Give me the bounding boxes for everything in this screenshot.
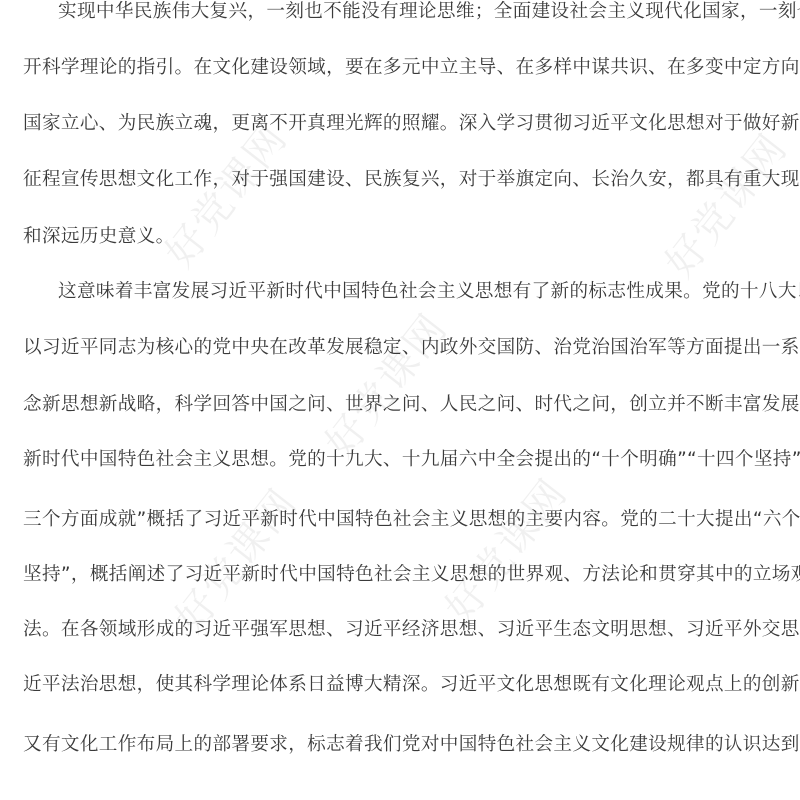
text-line: 又有文化工作布局上的部署要求，标志着我们党对中国特色社会主义文化建设规律的认识达… bbox=[23, 733, 783, 757]
text-line: 和深远历史意义。 bbox=[23, 225, 783, 249]
text-line: 念新思想新战略，科学回答中国之问、世界之问、人民之问、时代之问，创立并不断丰富发… bbox=[23, 393, 783, 417]
text-line: 征程宣传思想文化工作，对于强国建设、民族复兴，对于举旗定向、长治久安，都具有重大… bbox=[23, 168, 783, 192]
text-line: 国家立心、为民族立魂，更离不开真理光辉的照耀。深入学习贯彻习近平文化思想对于做好… bbox=[23, 112, 783, 136]
watermark: 好党课网 bbox=[310, 300, 458, 467]
text-line: 新时代中国特色社会主义思想。党的十九大、十九届六中全会提出的“十个明确”“十四个… bbox=[23, 448, 783, 472]
document-page: 好党课网 好党课网 好党课网 好党课网 好党课网 实现中华民族伟大复兴，一刻也不… bbox=[0, 0, 800, 800]
text-line: 实现中华民族伟大复兴，一刻也不能没有理论思维；全面建设社会主义现代化国家，一刻也… bbox=[58, 0, 800, 24]
watermark: 好党课网 bbox=[430, 465, 578, 632]
text-line: 这意味着丰富发展习近平新时代中国特色社会主义思想有了新的标志性成果。党的十八大以… bbox=[58, 280, 800, 304]
text-line: 坚持”，概括阐述了习近平新时代中国特色社会主义思想的世界观、方法论和贯穿其中的立… bbox=[23, 563, 783, 587]
text-line: 以习近平同志为核心的党中央在改革发展稳定、内政外交国防、治党治国治军等方面提出一… bbox=[23, 336, 783, 360]
text-line: 法。在各领域形成的习近平强军思想、习近平经济思想、习近平生态文明思想、习近平外交… bbox=[23, 618, 783, 642]
watermark: 好党课网 bbox=[650, 120, 798, 287]
text-line: 开科学理论的指引。在文化建设领域，要在多元中立主导、在多样中谋共识、在多变中定方… bbox=[23, 56, 783, 80]
text-line: 三个方面成就”概括了习近平新时代中国特色社会主义思想的主要内容。党的二十大提出“… bbox=[23, 508, 783, 532]
text-line: 近平法治思想，使其科学理论体系日益博大精深。习近平文化思想既有文化理论观点上的创… bbox=[23, 673, 783, 697]
